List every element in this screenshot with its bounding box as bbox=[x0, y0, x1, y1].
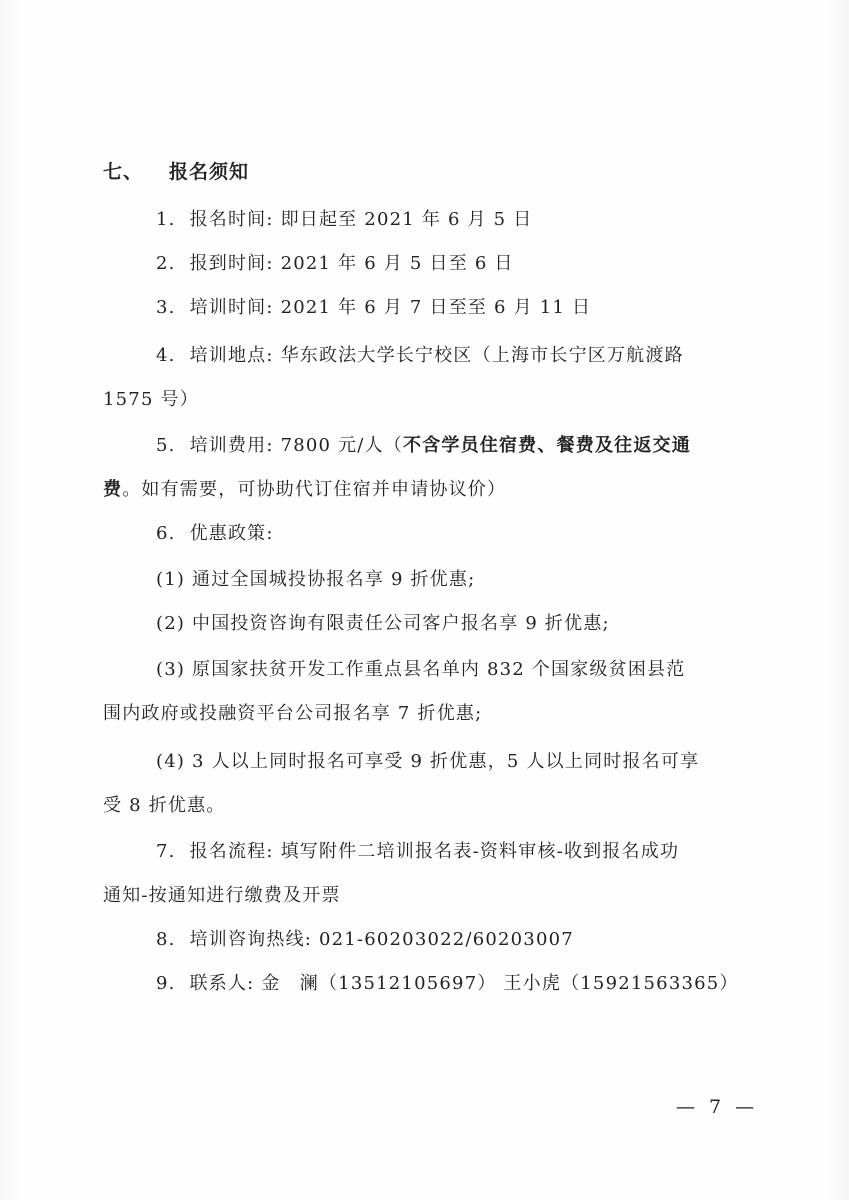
item-registration-time: 1.报名时间: 即日起至 2021 年 6 月 5 日 bbox=[156, 208, 532, 232]
discount-number: (3) bbox=[156, 659, 185, 680]
item-label: 报到时间: bbox=[190, 253, 274, 274]
page-number: — 7 — bbox=[676, 1096, 758, 1118]
item-number: 1. bbox=[156, 208, 176, 232]
hotline-number: 021-60203022/60203007 bbox=[319, 929, 574, 950]
item-label: 培训地点: bbox=[190, 345, 274, 366]
item-label: 优惠政策: bbox=[190, 523, 274, 544]
item-number: 4. bbox=[156, 344, 176, 368]
discount-number: (1) bbox=[156, 569, 185, 590]
item-number: 6. bbox=[156, 522, 176, 546]
discount-item: (1) 通过全国城投协报名享 9 折优惠; bbox=[156, 568, 475, 592]
item-training-location-cont: 1575 号） bbox=[103, 388, 199, 412]
item-text: 2021 年 6 月 5 日至 6 日 bbox=[281, 253, 514, 274]
item-number: 5. bbox=[156, 434, 176, 458]
item-label: 报名流程: bbox=[190, 841, 274, 862]
item-text: 2021 年 6 月 7 日至至 6 月 11 日 bbox=[281, 297, 592, 318]
discount-item: (2) 中国投资咨询有限责任公司客户报名享 9 折优惠; bbox=[156, 612, 610, 636]
item-registration-process: 7.报名流程: 填写附件二培训报名表-资料审核-收到报名成功 bbox=[156, 840, 679, 864]
item-text: 。如有需要，可协助代订住宿并申请协议价） bbox=[122, 479, 506, 500]
item-training-fee: 5.培训费用: 7800 元/人（不含学员住宿费、餐费及往返交通 bbox=[156, 434, 691, 458]
item-training-fee-cont: 费。如有需要，可协助代订住宿并申请协议价） bbox=[103, 478, 506, 502]
item-text: 7800 元/人（ bbox=[281, 435, 403, 456]
item-label: 培训时间: bbox=[190, 297, 274, 318]
item-contacts: 9.联系人: 金 澜（13512105697） 王小虎（15921563365） bbox=[156, 972, 739, 996]
item-label: 联系人: bbox=[190, 973, 255, 994]
discount-number: (2) bbox=[156, 613, 185, 634]
discount-item: (4) 3 人以上同时报名可享受 9 折优惠，5 人以上同时报名可享 bbox=[156, 750, 699, 774]
item-text: 即日起至 2021 年 6 月 5 日 bbox=[281, 209, 533, 230]
item-hotline: 8.培训咨询热线: 021-60203022/60203007 bbox=[156, 928, 574, 952]
item-checkin-time: 2.报到时间: 2021 年 6 月 5 日至 6 日 bbox=[156, 252, 514, 276]
document-page: 七、报名须知 1.报名时间: 即日起至 2021 年 6 月 5 日 2.报到时… bbox=[0, 0, 849, 1200]
item-training-location: 4.培训地点: 华东政法大学长宁校区（上海市长宁区万航渡路 bbox=[156, 344, 684, 368]
fee-exclusion-note: 不含学员住宿费、餐费及往返交通 bbox=[403, 435, 691, 456]
discount-text: 原国家扶贫开发工作重点县名单内 832 个国家级贫困县范 bbox=[192, 659, 685, 680]
discount-item-cont: 受 8 折优惠。 bbox=[103, 794, 226, 818]
item-number: 8. bbox=[156, 928, 176, 952]
item-number: 7. bbox=[156, 840, 176, 864]
item-text: 填写附件二培训报名表-资料审核-收到报名成功 bbox=[281, 841, 680, 862]
discount-text: 3 人以上同时报名可享受 9 折优惠，5 人以上同时报名可享 bbox=[192, 751, 699, 772]
section-title: 报名须知 bbox=[169, 161, 249, 183]
fee-exclusion-note-end: 费 bbox=[103, 479, 122, 500]
item-registration-process-cont: 通知-按通知进行缴费及开票 bbox=[103, 884, 341, 908]
discount-text: 通过全国城投协报名享 9 折优惠; bbox=[192, 569, 475, 590]
item-number: 2. bbox=[156, 252, 176, 276]
section-heading: 七、报名须知 bbox=[103, 160, 249, 184]
discount-text: 中国投资咨询有限责任公司客户报名享 9 折优惠; bbox=[192, 613, 610, 634]
discount-item-cont: 围内政府或投融资平台公司报名享 7 折优惠; bbox=[103, 702, 482, 726]
section-number: 七、 bbox=[103, 161, 143, 183]
item-text: 华东政法大学长宁校区（上海市长宁区万航渡路 bbox=[281, 345, 684, 366]
item-number: 9. bbox=[156, 972, 176, 996]
item-discount-policy: 6.优惠政策: bbox=[156, 522, 274, 546]
item-label: 培训费用: bbox=[190, 435, 274, 456]
item-label: 培训咨询热线: bbox=[190, 929, 312, 950]
discount-item: (3) 原国家扶贫开发工作重点县名单内 832 个国家级贫困县范 bbox=[156, 658, 685, 682]
item-training-time: 3.培训时间: 2021 年 6 月 7 日至至 6 月 11 日 bbox=[156, 296, 591, 320]
discount-number: (4) bbox=[156, 751, 185, 772]
contact-list: 金 澜（13512105697） 王小虎（15921563365） bbox=[261, 973, 738, 994]
item-number: 3. bbox=[156, 296, 176, 320]
item-label: 报名时间: bbox=[190, 209, 274, 230]
